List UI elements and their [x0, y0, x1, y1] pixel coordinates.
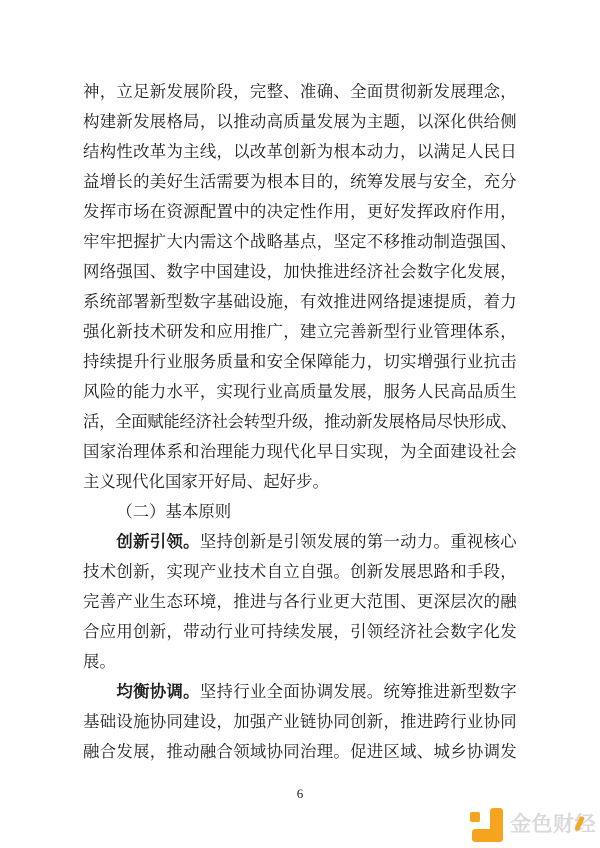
text-run: 持续提升行业服务质量和安全保障能力，切实增强行业抗击 [83, 352, 517, 371]
text-run: 构建新发展格局，以推动高质量发展为主题，以深化供给侧 [83, 112, 517, 131]
text-run: （二）基本原则 [116, 502, 231, 521]
text-line: 发挥市场在资源配置中的决定性作用，更好发挥政府作用， [83, 197, 517, 227]
paragraph-section-heading-basic-principles: （二）基本原则 [83, 497, 517, 527]
text-line: 益增长的美好生活需要为根本目的，统筹发展与安全，充分 [83, 167, 517, 197]
text-run: 强化新技术研发和应用推广，建立完善新型行业管理体系， [83, 322, 517, 341]
text-run: 网络强国、数字中国建设，加快推进经济社会数字化发展， [83, 262, 517, 281]
bold-lead-run: 均衡协调。 [116, 682, 199, 701]
text-line: 合应用创新，带动行业可持续发展，引领经济社会数字化发 [83, 617, 517, 647]
logo-dot-square [470, 812, 480, 822]
text-line: 活，全面赋能经济社会转型升级，推动新发展格局尽快形成、 [83, 407, 517, 437]
text-run: 坚持创新是引领发展的第一动力。重视核心 [200, 532, 517, 551]
text-run: 完善产业生态环境，推进与各行业更大范围、更深层次的融 [83, 592, 517, 611]
text-line: 结构性改革为主线，以改革创新为根本动力，以满足人民日 [83, 137, 517, 167]
text-run: 主义现代化国家开好局、起好步。 [83, 472, 329, 491]
jinse-finance-logo-icon [470, 808, 505, 842]
text-line: 风险的能力水平，实现行业高质量发展，服务人民高品质生 [83, 377, 517, 407]
text-line: 网络强国、数字中国建设，加快推进经济社会数字化发展， [83, 257, 517, 287]
text-run: 发挥市场在资源配置中的决定性作用，更好发挥政府作用， [83, 202, 517, 221]
text-line: 完善产业生态环境，推进与各行业更大范围、更深层次的融 [83, 587, 517, 617]
text-run: 合应用创新，带动行业可持续发展，引领经济社会数字化发 [83, 622, 517, 641]
text-line: （二）基本原则 [83, 497, 517, 527]
text-line: 展。 [83, 647, 517, 677]
text-run: 系统部署新型数字基础设施，有效推进网络提速提质，着力 [83, 292, 517, 311]
text-run: 融合发展，推动融合领域协同治理。促进区域、城乡协调发 [83, 742, 517, 761]
text-line: 国家治理体系和治理能力现代化早日实现，为全面建设社会 [83, 437, 517, 467]
paragraph-principle-innovation-leading: 创新引领。坚持创新是引领发展的第一动力。重视核心技术创新，实现产业技术自立自强。… [83, 527, 517, 677]
text-line: 技术创新，实现产业技术自立自强。创新发展思路和手段， [83, 557, 517, 587]
text-line: 主义现代化国家开好局、起好步。 [83, 467, 517, 497]
brand-text: 金色财经 [510, 808, 596, 842]
text-run: 益增长的美好生活需要为根本目的，统筹发展与安全，充分 [83, 172, 517, 191]
jinse-finance-watermark: 金色财经 [470, 808, 596, 842]
text-run: 坚持行业全面协调发展。统筹推进新型数字 [200, 682, 517, 701]
text-line: 持续提升行业服务质量和安全保障能力，切实增强行业抗击 [83, 347, 517, 377]
text-line: 系统部署新型数字基础设施，有效推进网络提速提质，着力 [83, 287, 517, 317]
text-run: 基础设施协同建设，加强产业链协同创新，推进跨行业协同 [83, 712, 517, 731]
text-line: 创新引领。坚持创新是引领发展的第一动力。重视核心 [83, 527, 517, 557]
text-run: 技术创新，实现产业技术自立自强。创新发展思路和手段， [83, 562, 517, 581]
text-run: 展。 [83, 652, 116, 671]
text-line: 基础设施协同建设，加强产业链协同创新，推进跨行业协同 [83, 707, 517, 737]
text-run: 国家治理体系和治理能力现代化早日实现，为全面建设社会 [83, 442, 517, 461]
text-line: 牢牢把握扩大内需这个战略基点，坚定不移推动制造强国、 [83, 227, 517, 257]
document-body: 神，立足新发展阶段，完整、准确、全面贯彻新发展理念，构建新发展格局，以推动高质量… [83, 77, 517, 767]
text-line: 融合发展，推动融合领域协同治理。促进区域、城乡协调发 [83, 737, 517, 767]
text-line: 均衡协调。坚持行业全面协调发展。统筹推进新型数字 [83, 677, 517, 707]
paragraph-principle-balanced-coordination: 均衡协调。坚持行业全面协调发展。统筹推进新型数字基础设施协同建设，加强产业链协同… [83, 677, 517, 767]
text-line: 神，立足新发展阶段，完整、准确、全面贯彻新发展理念， [83, 77, 517, 107]
text-run: 牢牢把握扩大内需这个战略基点，坚定不移推动制造强国、 [83, 232, 517, 251]
text-run: 活，全面赋能经济社会转型升级，推动新发展格局尽快形成、 [83, 412, 517, 431]
bold-lead-run: 创新引领。 [116, 532, 199, 551]
text-line: 强化新技术研发和应用推广，建立完善新型行业管理体系， [83, 317, 517, 347]
logo-foot-bar [472, 829, 503, 842]
page-number: 6 [0, 786, 600, 802]
text-run: 风险的能力水平，实现行业高质量发展，服务人民高品质生 [83, 382, 517, 401]
document-page: 神，立足新发展阶段，完整、准确、全面贯彻新发展理念，构建新发展格局，以推动高质量… [0, 0, 600, 848]
text-run: 神，立足新发展阶段，完整、准确、全面贯彻新发展理念， [83, 82, 517, 101]
paragraph-policy-continuation: 神，立足新发展阶段，完整、准确、全面贯彻新发展理念，构建新发展格局，以推动高质量… [83, 77, 517, 497]
text-run: 结构性改革为主线，以改革创新为根本动力，以满足人民日 [83, 142, 517, 161]
text-line: 构建新发展格局，以推动高质量发展为主题，以深化供给侧 [83, 107, 517, 137]
